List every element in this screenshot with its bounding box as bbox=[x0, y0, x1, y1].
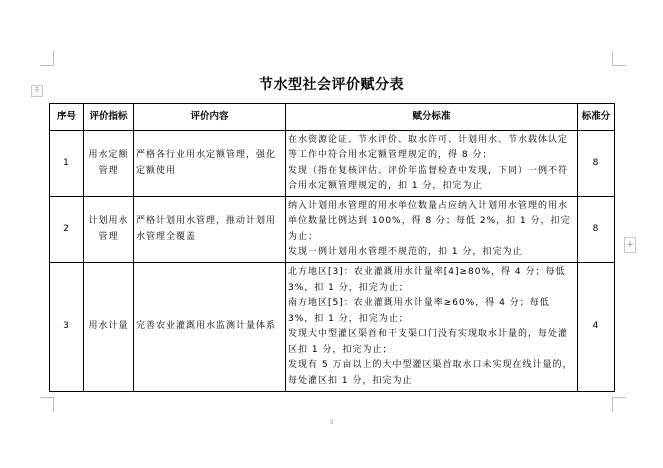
document-title: 节水型社会评价赋分表 bbox=[0, 74, 663, 94]
cell-standard-score[interactable]: 8 bbox=[578, 197, 615, 263]
header-content: 评价内容 bbox=[134, 104, 286, 131]
scoring-table: 序号 评价指标 评价内容 赋分标准 标准分 1 用水定额管理 严格各行业用水定额… bbox=[49, 103, 615, 392]
cell-content[interactable]: 完善农业灌溉用水监测计量体系 bbox=[134, 263, 286, 392]
cell-serial-number[interactable]: 2 bbox=[50, 197, 84, 263]
table-row: 2 计划用水管理 严格计划用水管理，推动计划用水管理全覆盖 纳入计划用水管理的用… bbox=[50, 197, 615, 263]
cell-serial-number[interactable]: 1 bbox=[50, 131, 84, 197]
criteria-line: 北方地区[3]：农业灌溉用水计量率[4]≥80%，得 4 分；每低 3%，扣 1… bbox=[288, 265, 575, 296]
cell-indicator[interactable]: 用水计量 bbox=[84, 263, 134, 392]
cell-criteria[interactable]: 在水资源论证、节水评价、取水许可、计划用水、节水载体认定等工作中符合用水定额管理… bbox=[286, 131, 578, 197]
add-column-plus-icon[interactable]: + bbox=[624, 237, 636, 253]
header-standard-score: 标准分 bbox=[578, 104, 615, 131]
table-row: 3 用水计量 完善农业灌溉用水监测计量体系 北方地区[3]：农业灌溉用水计量率[… bbox=[50, 263, 615, 392]
cell-criteria[interactable]: 纳入计划用水管理的用水单位数量占应纳入计划用水管理的用水单位数量比例达到 100… bbox=[286, 197, 578, 263]
cell-standard-score[interactable]: 8 bbox=[578, 131, 615, 197]
page-corner-mark-top-right bbox=[612, 51, 626, 66]
page-corner-mark-top-left bbox=[40, 51, 54, 66]
cell-criteria[interactable]: 北方地区[3]：农业灌溉用水计量率[4]≥80%，得 4 分；每低 3%，扣 1… bbox=[286, 263, 578, 392]
header-serial-number: 序号 bbox=[50, 104, 84, 131]
cell-content[interactable]: 严格各行业用水定额管理，强化定额使用 bbox=[134, 131, 286, 197]
table-row: 1 用水定额管理 严格各行业用水定额管理，强化定额使用 在水资源论证、节水评价、… bbox=[50, 131, 615, 197]
header-criteria: 赋分标准 bbox=[286, 104, 578, 131]
criteria-line: 南方地区[5]：农业灌溉用水计量率≥60%，得 4 分；每低 3%，扣 1 分，… bbox=[288, 296, 575, 327]
cell-indicator[interactable]: 计划用水管理 bbox=[84, 197, 134, 263]
criteria-line: 在水资源论证、节水评价、取水许可、计划用水、节水载体认定等工作中符合用水定额管理… bbox=[288, 133, 575, 164]
criteria-line: 发现有 5 万亩以上的大中型灌区渠首取水口未实现在线计量的，每处灌区扣 1 分，… bbox=[288, 358, 575, 389]
header-indicator: 评价指标 bbox=[84, 104, 134, 131]
table-header-row: 序号 评价指标 评价内容 赋分标准 标准分 bbox=[50, 104, 615, 131]
cell-standard-score[interactable]: 4 bbox=[578, 263, 615, 392]
page-corner-mark-bottom-right bbox=[612, 397, 626, 412]
criteria-line: 发现一例计划用水管理不规范的，扣 1 分，扣完为止 bbox=[288, 245, 575, 261]
criteria-line: 纳入计划用水管理的用水单位数量占应纳入计划用水管理的用水单位数量比例达到 100… bbox=[288, 199, 575, 246]
table-move-handle-icon[interactable]: ⠿ bbox=[31, 85, 43, 97]
page-number: 3 bbox=[0, 419, 663, 426]
cell-serial-number[interactable]: 3 bbox=[50, 263, 84, 392]
criteria-line: 发现大中型灌区渠首和干支渠口门没有实现取水计量的，每处灌区扣 1 分，扣完为止； bbox=[288, 327, 575, 358]
cell-content[interactable]: 严格计划用水管理，推动计划用水管理全覆盖 bbox=[134, 197, 286, 263]
cell-indicator[interactable]: 用水定额管理 bbox=[84, 131, 134, 197]
page-corner-mark-bottom-left bbox=[40, 397, 54, 412]
criteria-line: 发现（指在复核评估、评价年监督检查中发现，下同）一例不符合用水定额管理规定的，扣… bbox=[288, 164, 575, 195]
